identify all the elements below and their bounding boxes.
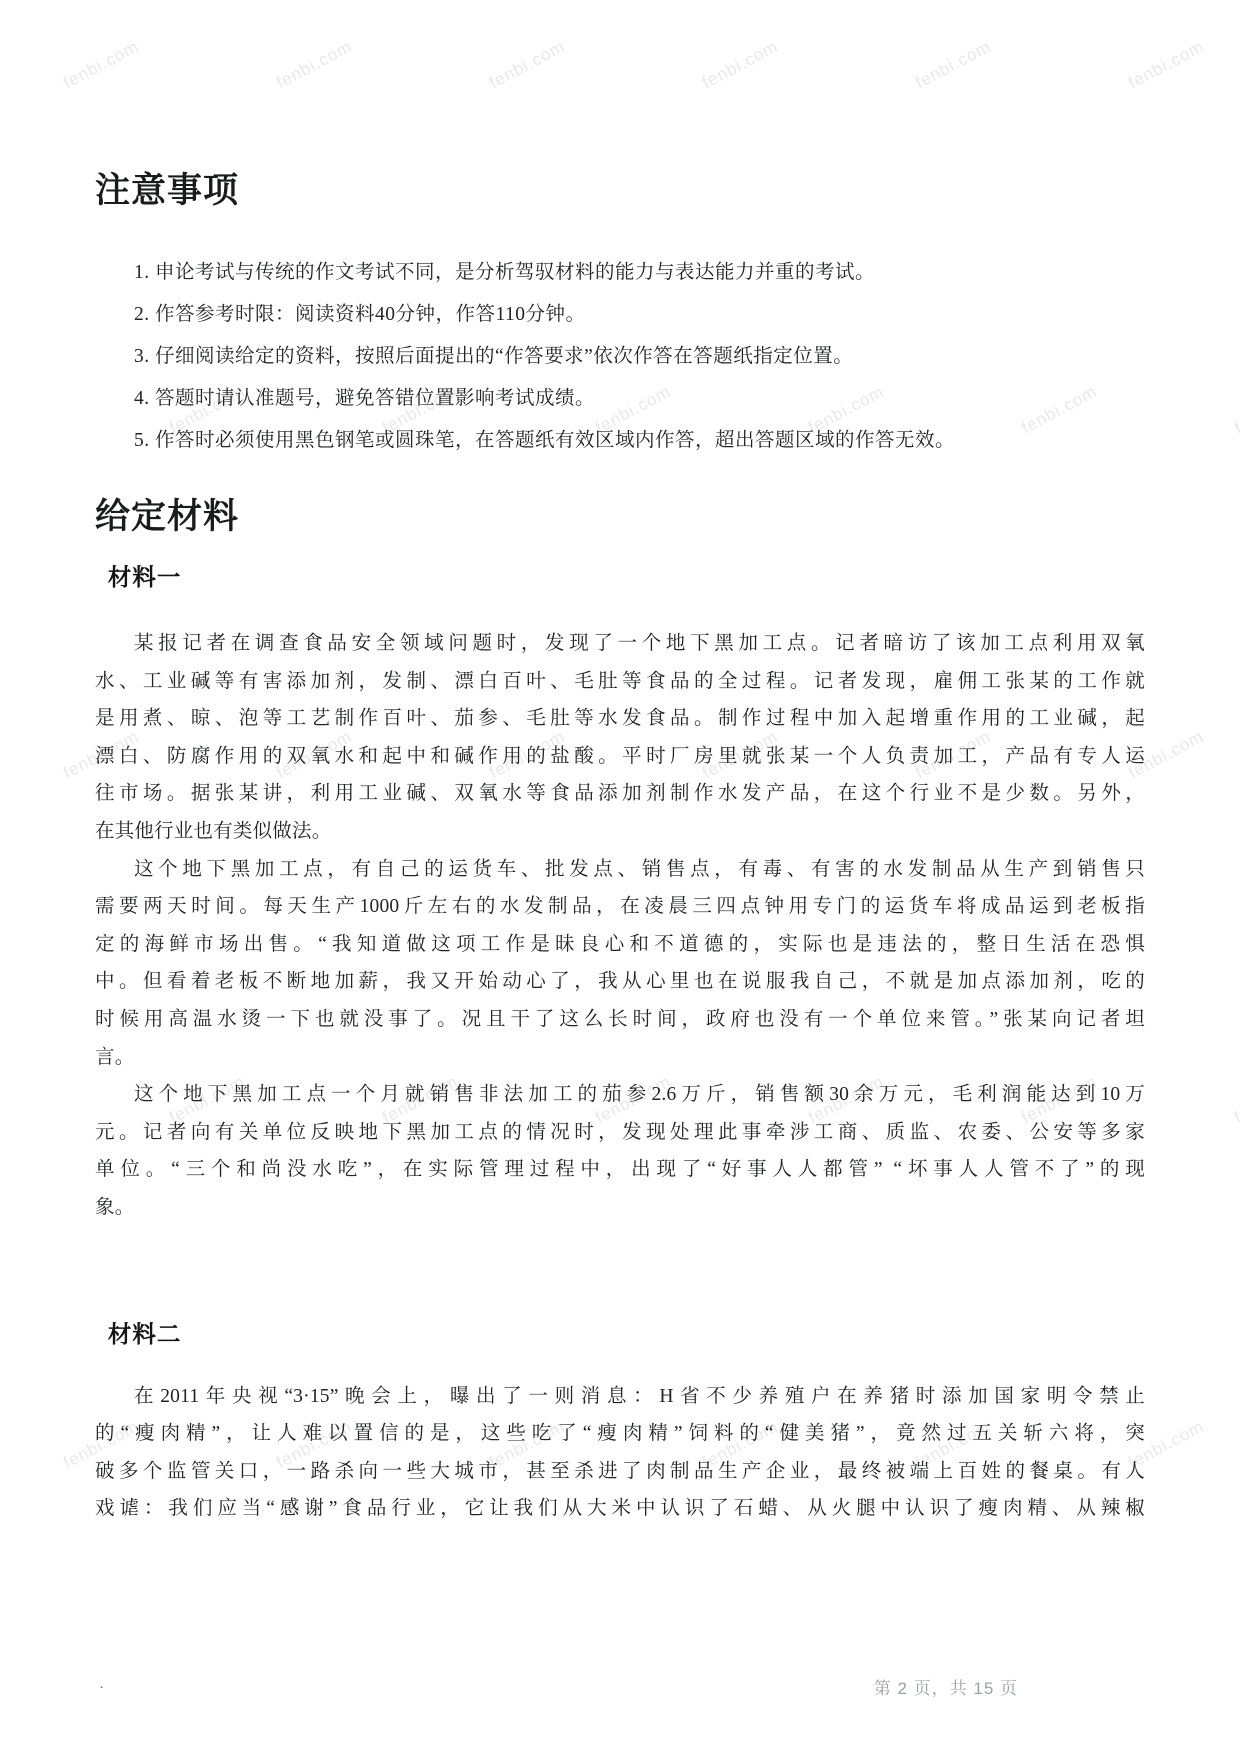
section-heading-material-2: 材料二 xyxy=(95,1319,1145,1352)
material-2-paragraph-1: 在2011年央视“3·15”晚会上，曝出了一则消息：H省不少养殖户在养猪时添加国… xyxy=(95,1378,1145,1528)
body-line: 言。 xyxy=(95,1039,1145,1077)
document-page: fenbi.comfenbi.comfenbi.comfenbi.comfenb… xyxy=(0,0,1240,1754)
notice-item-4: 4. 答题时请认准题号，避免答错位置影响考试成绩。 xyxy=(95,378,1145,420)
body-line: 中。但看着老板不断地加薪，我又开始动心了，我从心里也在说服我自己，不就是加点添加… xyxy=(95,963,1145,1001)
body-line: 定的海鲜市场出售。“我知道做这项工作是昧良心和不道德的，实际也是违法的，整日生活… xyxy=(95,926,1145,964)
body-line: 水、工业碱等有害添加剂，发制、漂白百叶、毛肚等食品的全过程。记者发现，雇佣工张某… xyxy=(95,663,1145,701)
body-line: 在其他行业也有类似做法。 xyxy=(95,813,1145,851)
material-1-paragraph-2: 这个地下黑加工点，有自己的运货车、批发点、销售点，有毒、有害的水发制品从生产到销… xyxy=(95,851,1145,1077)
corner-mark: · xyxy=(99,1680,104,1697)
body-line: 的“瘦肉精”，让人难以置信的是，这些吃了“瘦肉精”饲料的“健美猪”，竟然过五关斩… xyxy=(95,1415,1145,1453)
body-line: 漂白、防腐作用的双氧水和起中和碱作用的盐酸。平时厂房里就张某一个人负责加工，产品… xyxy=(95,738,1145,776)
body-line: 时候用高温水烫一下也就没事了。况且干了这么长时间，政府也没有一个单位来管。”张某… xyxy=(95,1001,1145,1039)
page-number-footer: 第 2 页，共 15 页 xyxy=(874,1674,1018,1699)
section-heading-material-1: 材料一 xyxy=(95,562,1145,595)
materials-title: 给定材料 xyxy=(95,496,1145,538)
body-line: 象。 xyxy=(95,1189,1145,1227)
material-1-paragraph-3: 这个地下黑加工点一个月就销售非法加工的茄参2.6万斤，销售额30余万元，毛利润能… xyxy=(95,1076,1145,1226)
body-line: 往市场。据张某讲，利用工业碱、双氧水等食品添加剂制作水发产品，在这个行业不是少数… xyxy=(95,775,1145,813)
body-line: 需要两天时间。每天生产1000斤左右的水发制品，在凌晨三四点钟用专门的运货车将成… xyxy=(95,888,1145,926)
notice-item-3: 3. 仔细阅读给定的资料，按照后面提出的“作答要求”依次作答在答题纸指定位置。 xyxy=(95,336,1145,378)
body-line: 这个地下黑加工点，有自己的运货车、批发点、销售点，有毒、有害的水发制品从生产到销… xyxy=(95,851,1145,889)
page-content: 注意事项 1. 申论考试与传统的作文考试不同，是分析驾驭材料的能力与表达能力并重… xyxy=(0,0,1240,1528)
body-line: 这个地下黑加工点一个月就销售非法加工的茄参2.6万斤，销售额30余万元，毛利润能… xyxy=(95,1076,1145,1114)
body-line: 单位。“三个和尚没水吃”，在实际管理过程中，出现了“好事人人都管” “坏事人人管… xyxy=(95,1151,1145,1189)
notice-title: 注意事项 xyxy=(95,170,1145,212)
body-line: 元。记者向有关单位反映地下黑加工点的情况时，发现处理此事牵涉工商、质监、农委、公… xyxy=(95,1114,1145,1152)
notice-item-2: 2. 作答参考时限：阅读资料40分钟，作答110分钟。 xyxy=(95,294,1145,336)
body-line: 是用煮、晾、泡等工艺制作百叶、茄参、毛肚等水发食品。制作过程中加入起增重作用的工… xyxy=(95,700,1145,738)
material-1-paragraph-1: 某报记者在调查食品安全领域问题时，发现了一个地下黑加工点。记者暗访了该加工点利用… xyxy=(95,625,1145,851)
notice-item-1: 1. 申论考试与传统的作文考试不同，是分析驾驭材料的能力与表达能力并重的考试。 xyxy=(95,252,1145,294)
body-line: 某报记者在调查食品安全领域问题时，发现了一个地下黑加工点。记者暗访了该加工点利用… xyxy=(95,625,1145,663)
notice-list: 1. 申论考试与传统的作文考试不同，是分析驾驭材料的能力与表达能力并重的考试。 … xyxy=(95,252,1145,462)
body-line: 戏谑：我们应当“感谢”食品行业，它让我们从大米中认识了石蜡、从火腿中认识了瘦肉精… xyxy=(95,1490,1145,1528)
body-line: 破多个监管关口，一路杀向一些大城市，甚至杀进了肉制品生产企业，最终被端上百姓的餐… xyxy=(95,1453,1145,1491)
body-line: 在2011年央视“3·15”晚会上，曝出了一则消息：H省不少养殖户在养猪时添加国… xyxy=(95,1378,1145,1416)
notice-item-5: 5. 作答时必须使用黑色钢笔或圆珠笔，在答题纸有效区域内作答，超出答题区域的作答… xyxy=(95,420,1145,462)
